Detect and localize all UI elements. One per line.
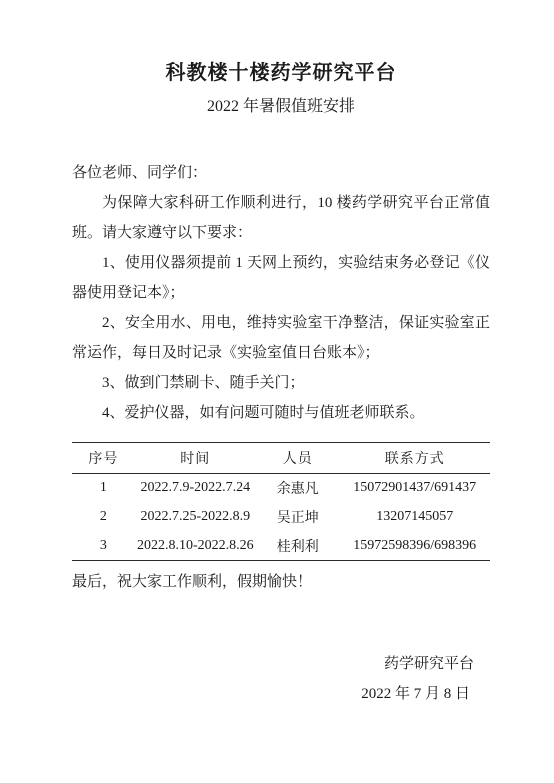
rule-item-2: 2、安全用水、用电，维持实验室干净整洁，保证实验室正常运作，每日及时记录《实验室… bbox=[72, 308, 490, 368]
salutation-line: 各位老师、同学们： bbox=[72, 158, 490, 188]
cell-index: 3 bbox=[72, 532, 135, 561]
rule-item-4: 4、爱护仪器，如有问题可随时与值班老师联系。 bbox=[72, 398, 490, 428]
cell-time: 2022.7.9-2022.7.24 bbox=[135, 474, 256, 503]
header-cell-index: 序号 bbox=[72, 443, 135, 474]
signature-block: 药学研究平台 2022 年 7 月 8 日 bbox=[72, 649, 490, 709]
document-page: 科教楼十楼药学研究平台 2022 年暑假值班安排 各位老师、同学们： 为保障大家… bbox=[0, 0, 554, 783]
signature-name: 药学研究平台 bbox=[72, 649, 474, 679]
table-row: 2 2022.7.25-2022.8.9 吴正坤 13207145057 bbox=[72, 503, 490, 532]
cell-contact: 15072901437/691437 bbox=[340, 474, 491, 503]
table-row: 1 2022.7.9-2022.7.24 余惠凡 15072901437/691… bbox=[72, 474, 490, 503]
cell-time: 2022.8.10-2022.8.26 bbox=[135, 532, 256, 561]
cell-person: 余惠凡 bbox=[256, 474, 340, 503]
header-cell-contact: 联系方式 bbox=[340, 443, 491, 474]
rule-item-3: 3、做到门禁刷卡、随手关门； bbox=[72, 368, 490, 398]
cell-time: 2022.7.25-2022.8.9 bbox=[135, 503, 256, 532]
intro-paragraph: 为保障大家科研工作顺利进行，10 楼药学研究平台正常值班。请大家遵守以下要求： bbox=[72, 188, 490, 248]
table-header-row: 序号 时间 人员 联系方式 bbox=[72, 443, 490, 474]
signature-date: 2022 年 7 月 8 日 bbox=[72, 679, 474, 709]
closing-line: 最后，祝大家工作顺利，假期愉快！ bbox=[72, 567, 490, 597]
header-cell-time: 时间 bbox=[135, 443, 256, 474]
table-row: 3 2022.8.10-2022.8.26 桂利利 15972598396/69… bbox=[72, 532, 490, 561]
rule-item-1: 1、使用仪器须提前 1 天网上预约，实验结束务必登记《仪器使用登记本》； bbox=[72, 248, 490, 308]
duty-schedule-table: 序号 时间 人员 联系方式 1 2022.7.9-2022.7.24 余惠凡 1… bbox=[72, 442, 490, 561]
document-body: 各位老师、同学们： 为保障大家科研工作顺利进行，10 楼药学研究平台正常值班。请… bbox=[72, 158, 490, 428]
cell-index: 2 bbox=[72, 503, 135, 532]
cell-person: 吴正坤 bbox=[256, 503, 340, 532]
cell-person: 桂利利 bbox=[256, 532, 340, 561]
page-subtitle: 2022 年暑假值班安排 bbox=[72, 96, 490, 118]
cell-contact: 13207145057 bbox=[340, 503, 491, 532]
cell-contact: 15972598396/698396 bbox=[340, 532, 491, 561]
cell-index: 1 bbox=[72, 474, 135, 503]
page-title: 科教楼十楼药学研究平台 bbox=[72, 60, 490, 86]
header-cell-person: 人员 bbox=[256, 443, 340, 474]
